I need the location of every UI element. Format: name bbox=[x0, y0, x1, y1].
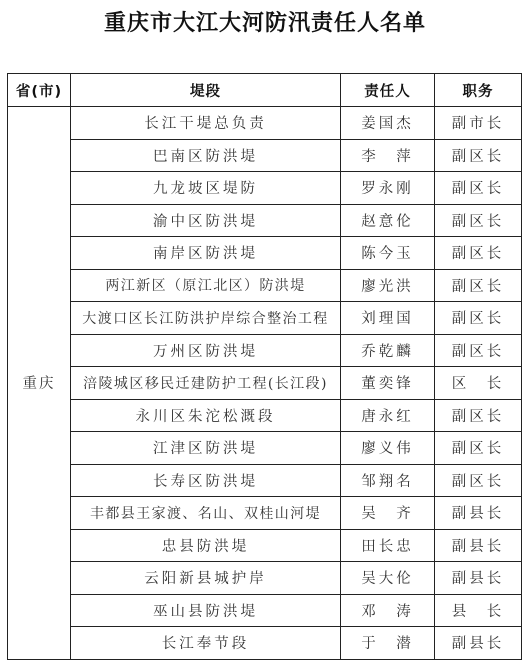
segment-cell: 巫山县防洪堤 bbox=[71, 594, 341, 627]
segment-cell: 巴南区防洪堤 bbox=[71, 139, 341, 172]
segment-cell: 渝中区防洪堤 bbox=[71, 204, 341, 237]
header-person: 责任人 bbox=[341, 74, 435, 107]
person-cell: 刘理国 bbox=[341, 302, 435, 335]
person-cell: 邓 涛 bbox=[341, 594, 435, 627]
position-cell: 副区长 bbox=[435, 269, 522, 302]
position-cell: 县 长 bbox=[435, 594, 522, 627]
segment-cell: 长江干堤总负责 bbox=[71, 107, 341, 140]
table-row: 巴南区防洪堤 李 萍 副区长 bbox=[8, 139, 522, 172]
segment-cell: 长寿区防洪堤 bbox=[71, 464, 341, 497]
person-cell: 田长忠 bbox=[341, 529, 435, 562]
table-row: 长寿区防洪堤 邹翔名 副区长 bbox=[8, 464, 522, 497]
person-cell: 唐永红 bbox=[341, 399, 435, 432]
position-cell: 副区长 bbox=[435, 432, 522, 465]
segment-cell: 长江奉节段 bbox=[71, 627, 341, 660]
segment-cell: 两江新区（原江北区）防洪堤 bbox=[71, 269, 341, 302]
segment-cell: 万州区防洪堤 bbox=[71, 334, 341, 367]
segment-cell: 永川区朱沱松溉段 bbox=[71, 399, 341, 432]
person-cell: 罗永刚 bbox=[341, 172, 435, 205]
person-cell: 乔乾麟 bbox=[341, 334, 435, 367]
table-row: 忠县防洪堤 田长忠 副县长 bbox=[8, 529, 522, 562]
table-row: 巫山县防洪堤 邓 涛 县 长 bbox=[8, 594, 522, 627]
segment-cell: 忠县防洪堤 bbox=[71, 529, 341, 562]
table-row: 云阳新县城护岸 吴大伦 副县长 bbox=[8, 562, 522, 595]
table-row: 万州区防洪堤 乔乾麟 副区长 bbox=[8, 334, 522, 367]
person-cell: 赵意伦 bbox=[341, 204, 435, 237]
person-cell: 姜国杰 bbox=[341, 107, 435, 140]
segment-cell: 丰都县王家渡、名山、双桂山河堤 bbox=[71, 497, 341, 530]
segment-cell: 南岸区防洪堤 bbox=[71, 237, 341, 270]
position-cell: 副县长 bbox=[435, 562, 522, 595]
person-cell: 李 萍 bbox=[341, 139, 435, 172]
table-row: 大渡口区长江防洪护岸综合整治工程 刘理国 副区长 bbox=[8, 302, 522, 335]
person-cell: 吴大伦 bbox=[341, 562, 435, 595]
table-row: 涪陵城区移民迁建防护工程(长江段) 董奕锋 区 长 bbox=[8, 367, 522, 400]
person-cell: 廖义伟 bbox=[341, 432, 435, 465]
position-cell: 副区长 bbox=[435, 237, 522, 270]
header-position: 职务 bbox=[435, 74, 522, 107]
table-row: 永川区朱沱松溉段 唐永红 副区长 bbox=[8, 399, 522, 432]
table-row: 两江新区（原江北区）防洪堤 廖光洪 副区长 bbox=[8, 269, 522, 302]
table-row: 南岸区防洪堤 陈今玉 副区长 bbox=[8, 237, 522, 270]
table-row: 长江奉节段 于 潜 副县长 bbox=[8, 627, 522, 660]
position-cell: 副市长 bbox=[435, 107, 522, 140]
person-cell: 廖光洪 bbox=[341, 269, 435, 302]
table-header-row: 省(市) 堤段 责任人 职务 bbox=[8, 74, 522, 107]
person-cell: 董奕锋 bbox=[341, 367, 435, 400]
position-cell: 副区长 bbox=[435, 204, 522, 237]
header-province: 省(市) bbox=[8, 74, 71, 107]
person-cell: 邹翔名 bbox=[341, 464, 435, 497]
position-cell: 区 长 bbox=[435, 367, 522, 400]
position-cell: 副区长 bbox=[435, 302, 522, 335]
position-cell: 副区长 bbox=[435, 399, 522, 432]
position-cell: 副区长 bbox=[435, 139, 522, 172]
person-cell: 陈今玉 bbox=[341, 237, 435, 270]
position-cell: 副县长 bbox=[435, 497, 522, 530]
page-title: 重庆市大江大河防汛责任人名单 bbox=[0, 6, 530, 37]
table-row: 江津区防洪堤 廖义伟 副区长 bbox=[8, 432, 522, 465]
table-row: 九龙坡区堤防 罗永刚 副区长 bbox=[8, 172, 522, 205]
segment-cell: 九龙坡区堤防 bbox=[71, 172, 341, 205]
segment-cell: 涪陵城区移民迁建防护工程(长江段) bbox=[71, 367, 341, 400]
position-cell: 副县长 bbox=[435, 627, 522, 660]
segment-cell: 江津区防洪堤 bbox=[71, 432, 341, 465]
segment-cell: 云阳新县城护岸 bbox=[71, 562, 341, 595]
header-segment: 堤段 bbox=[71, 74, 341, 107]
position-cell: 副区长 bbox=[435, 334, 522, 367]
table-row: 渝中区防洪堤 赵意伦 副区长 bbox=[8, 204, 522, 237]
position-cell: 副区长 bbox=[435, 464, 522, 497]
table-row: 丰都县王家渡、名山、双桂山河堤 吴 齐 副县长 bbox=[8, 497, 522, 530]
person-cell: 吴 齐 bbox=[341, 497, 435, 530]
segment-cell: 大渡口区长江防洪护岸综合整治工程 bbox=[71, 302, 341, 335]
person-cell: 于 潜 bbox=[341, 627, 435, 660]
table-row: 重庆 长江干堤总负责 姜国杰 副市长 bbox=[8, 107, 522, 140]
responsible-persons-table: 省(市) 堤段 责任人 职务 重庆 长江干堤总负责 姜国杰 副市长 巴南区防洪堤… bbox=[7, 73, 522, 660]
position-cell: 副县长 bbox=[435, 529, 522, 562]
position-cell: 副区长 bbox=[435, 172, 522, 205]
province-cell: 重庆 bbox=[8, 107, 71, 660]
